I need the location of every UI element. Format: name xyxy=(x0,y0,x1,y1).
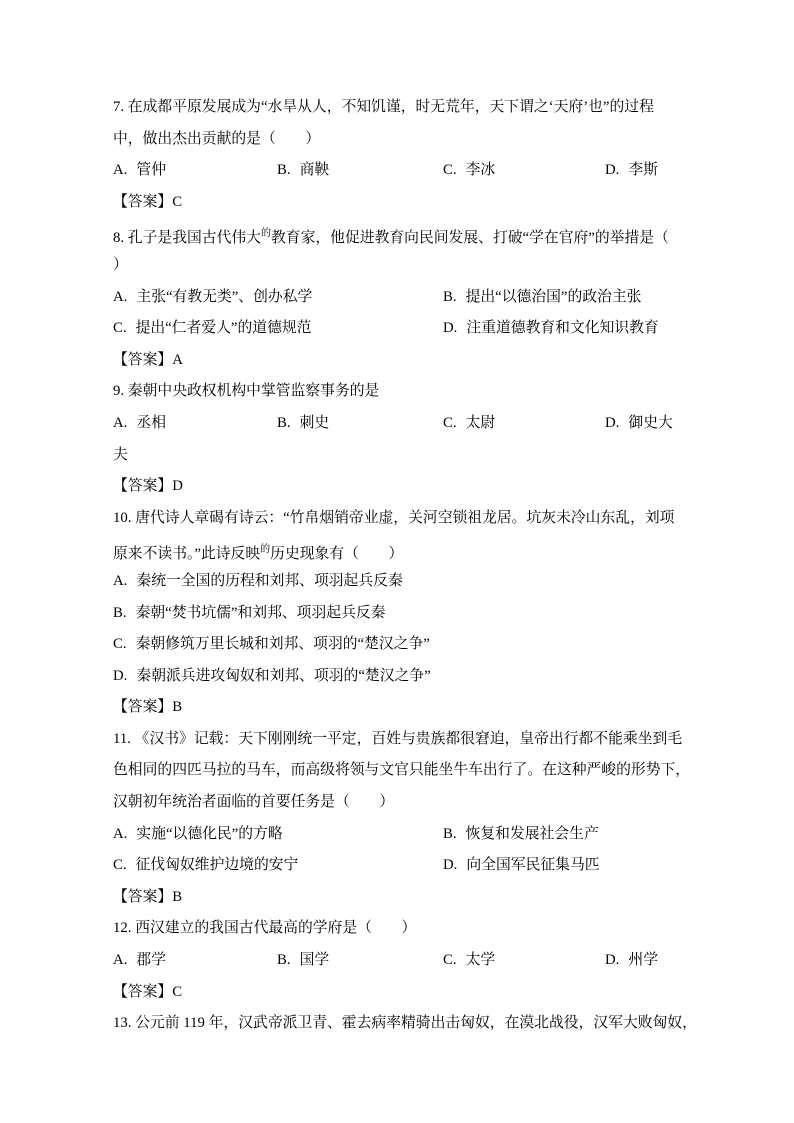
option-text: 实施“以德化民”的方略 xyxy=(136,826,282,842)
option-label: D. xyxy=(605,415,619,431)
option-text: 管仲 xyxy=(136,162,166,178)
document-content: 7. 在成都平原发展成为“水旱从人，不知饥谨，时无荒年，天下谓之‘天府’也”的过… xyxy=(113,92,683,1040)
option-text: 太学 xyxy=(466,952,496,968)
document-page: 7. 在成都平原发展成为“水旱从人，不知饥谨，时无荒年，天下谓之‘天府’也”的过… xyxy=(0,0,794,1123)
option-text: 向全国军民征集马匹 xyxy=(466,857,599,873)
option-label: C. xyxy=(113,636,127,652)
answer-value: C xyxy=(172,984,182,1000)
answer-line: 【答案】B xyxy=(113,882,683,914)
option-text: 恢复和发展社会生产 xyxy=(466,826,599,842)
option-text: 提出“仁者爱人”的道德规范 xyxy=(136,320,312,336)
stem-text: 教育家，他促进教育向民间发展、打破“学在官府”的举措是（ xyxy=(271,230,669,246)
option-text: 秦朝派兵进攻匈奴和刘邦、项羽的“楚汉之争” xyxy=(136,668,430,684)
question-stem-line: 7. 在成都平原发展成为“水旱从人，不知饥谨，时无荒年，天下谓之‘天府’也”的过… xyxy=(113,92,683,124)
option-label: B. xyxy=(443,826,457,842)
answer-label: 【答案】 xyxy=(113,352,172,368)
option-c: C.太尉 xyxy=(443,408,605,440)
answer-value: A xyxy=(172,352,183,368)
answer-label: 【答案】 xyxy=(113,478,172,494)
question-stem-line: 中，做出杰出贡献的是（ ） xyxy=(113,124,683,156)
question-stem-line: 13. 公元前 119 年，汉武帝派卫青、霍去病率精骑出击匈奴，在漠北战役，汉军… xyxy=(113,1008,683,1040)
answer-line: 【答案】D xyxy=(113,471,683,503)
question-7: 7. 在成都平原发展成为“水旱从人，不知饥谨，时无荒年，天下谓之‘天府’也”的过… xyxy=(113,92,683,218)
question-13: 13. 公元前 119 年，汉武帝派卫青、霍去病率精骑出击匈奴，在漠北战役，汉军… xyxy=(113,1008,683,1040)
option-text: 刺史 xyxy=(300,415,330,431)
option-a: A.实施“以德化民”的方略 xyxy=(113,819,443,851)
option-c: C.征伐匈奴维护边境的安宁 xyxy=(113,850,443,882)
option-label: D. xyxy=(443,320,457,336)
option-c: C.李冰 xyxy=(443,155,605,187)
option-b: B.提出“以德治国”的政治主张 xyxy=(443,282,683,314)
question-stem-line: ） xyxy=(113,250,683,282)
options-row: C.提出“仁者爱人”的道德规范 D.注重道德教育和文化知识教育 xyxy=(113,313,683,345)
option-text: 御史大 xyxy=(628,415,672,431)
stem-text: 原来不读书。”此诗反映 xyxy=(113,546,260,562)
option-b: B.刺史 xyxy=(277,408,443,440)
option-text: 太尉 xyxy=(466,415,496,431)
question-9: 9. 秦朝中央政权机构中掌管监察事务的是 A.丞相 B.刺史 C.太尉 D.御史… xyxy=(113,376,683,502)
question-stem-line: 汉朝初年统治者面临的首要任务是（ ） xyxy=(113,787,683,819)
option-text: 提出“以德治国”的政治主张 xyxy=(466,289,642,305)
options-row: A.主张“有教无类”、创办私学 B.提出“以德治国”的政治主张 xyxy=(113,282,683,314)
question-8: 8. 孔子是我国古代伟大的教育家，他促进教育向民间发展、打破“学在官府”的举措是… xyxy=(113,218,683,376)
option-label: C. xyxy=(113,857,127,873)
option-label: C. xyxy=(443,415,457,431)
answer-line: 【答案】C xyxy=(113,187,683,219)
options-row: A.实施“以德化民”的方略 B.恢复和发展社会生产 xyxy=(113,819,683,851)
stem-text: 8. 孔子是我国古代伟大 xyxy=(113,230,261,246)
option-d: D.注重道德教育和文化知识教育 xyxy=(443,313,683,345)
option-c: C.太学 xyxy=(443,945,605,977)
option-label: D. xyxy=(605,952,619,968)
option-label: C. xyxy=(113,320,127,336)
option-label: A. xyxy=(113,162,127,178)
option-label: B. xyxy=(277,162,291,178)
option-b: B.国学 xyxy=(277,945,443,977)
question-stem-line: 9. 秦朝中央政权机构中掌管监察事务的是 xyxy=(113,376,683,408)
answer-label: 【答案】 xyxy=(113,889,172,905)
option-c: C.秦朝修筑万里长城和刘邦、项羽的“楚汉之争” xyxy=(113,629,683,661)
option-b: B.秦朝“焚书坑儒”和刘邦、项羽起兵反秦 xyxy=(113,598,683,630)
option-d: D.州学 xyxy=(605,945,683,977)
options-row: A.管仲 B.商鞅 C.李冰 D.李斯 xyxy=(113,155,683,187)
option-label: B. xyxy=(113,605,127,621)
option-d: D.秦朝派兵进攻匈奴和刘邦、项羽的“楚汉之争” xyxy=(113,661,683,693)
option-label: A. xyxy=(113,952,127,968)
option-text: 李斯 xyxy=(628,162,658,178)
option-text: 国学 xyxy=(300,952,330,968)
option-a: A.郡学 xyxy=(113,945,277,977)
option-text: 秦朝修筑万里长城和刘邦、项羽的“楚汉之争” xyxy=(136,636,430,652)
option-text: 征伐匈奴维护边境的安宁 xyxy=(136,857,299,873)
question-11: 11. 《汉书》记载：天下刚刚统一平定，百姓与贵族都很窘迫，皇帝出行都不能乘坐到… xyxy=(113,724,683,914)
answer-value: B xyxy=(172,699,182,715)
superscript-text: 的 xyxy=(260,544,270,555)
option-d: D.御史大 xyxy=(605,408,683,440)
option-label: D. xyxy=(113,668,127,684)
question-10: 10. 唐代诗人章碣有诗云：“竹帛烟销帝业虚，关河空锁祖龙居。坑灰未冷山东乱，刘… xyxy=(113,503,683,724)
question-stem-line: 色相同的四匹马拉的马车，而高级将领与文官只能坐牛车出行了。在这种严峻的形势下， xyxy=(113,755,683,787)
option-label: D. xyxy=(605,162,619,178)
option-d: D.向全国军民征集马匹 xyxy=(443,850,683,882)
question-12: 12. 西汉建立的我国古代最高的学府是（ ） A.郡学 B.国学 C.太学 D.… xyxy=(113,913,683,1008)
answer-label: 【答案】 xyxy=(113,194,172,210)
option-a: A.主张“有教无类”、创办私学 xyxy=(113,282,443,314)
answer-label: 【答案】 xyxy=(113,699,172,715)
answer-line: 【答案】B xyxy=(113,692,683,724)
question-stem-line: 12. 西汉建立的我国古代最高的学府是（ ） xyxy=(113,913,683,945)
option-text: 主张“有教无类”、创办私学 xyxy=(136,289,312,305)
options-row: A.丞相 B.刺史 C.太尉 D.御史大 xyxy=(113,408,683,440)
option-continuation-line: 夫 xyxy=(113,440,683,472)
answer-value: B xyxy=(172,889,182,905)
answer-value: D xyxy=(172,478,183,494)
option-text: 丞相 xyxy=(136,415,166,431)
answer-line: 【答案】C xyxy=(113,977,683,1009)
option-label: B. xyxy=(277,415,291,431)
option-label: D. xyxy=(443,857,457,873)
option-label: B. xyxy=(443,289,457,305)
stem-text: 历史现象有（ ） xyxy=(270,546,403,562)
answer-value: C xyxy=(172,194,182,210)
option-text: 郡学 xyxy=(136,952,166,968)
option-a: A.秦统一全国的历程和刘邦、项羽起兵反秦 xyxy=(113,566,683,598)
option-label: C. xyxy=(443,162,457,178)
answer-line: 【答案】A xyxy=(113,345,683,377)
option-a: A.管仲 xyxy=(113,155,277,187)
answer-label: 【答案】 xyxy=(113,984,172,1000)
option-text: 秦统一全国的历程和刘邦、项羽起兵反秦 xyxy=(136,573,402,589)
option-text: 李冰 xyxy=(466,162,496,178)
superscript-text: 的 xyxy=(261,228,271,239)
option-label: A. xyxy=(113,415,127,431)
option-label: B. xyxy=(277,952,291,968)
question-stem-line: 原来不读书。”此诗反映的历史现象有（ ） xyxy=(113,534,683,566)
option-b: B.恢复和发展社会生产 xyxy=(443,819,683,851)
option-label: A. xyxy=(113,289,127,305)
question-stem-line: 10. 唐代诗人章碣有诗云：“竹帛烟销帝业虚，关河空锁祖龙居。坑灰未冷山东乱，刘… xyxy=(113,503,683,535)
options-row: C.征伐匈奴维护边境的安宁 D.向全国军民征集马匹 xyxy=(113,850,683,882)
option-text: 注重道德教育和文化知识教育 xyxy=(466,320,658,336)
option-label: A. xyxy=(113,826,127,842)
question-stem-line: 8. 孔子是我国古代伟大的教育家，他促进教育向民间发展、打破“学在官府”的举措是… xyxy=(113,218,683,250)
option-a: A.丞相 xyxy=(113,408,277,440)
option-c: C.提出“仁者爱人”的道德规范 xyxy=(113,313,443,345)
option-label: C. xyxy=(443,952,457,968)
options-row: A.郡学 B.国学 C.太学 D.州学 xyxy=(113,945,683,977)
option-text: 秦朝“焚书坑儒”和刘邦、项羽起兵反秦 xyxy=(136,605,386,621)
option-text: 州学 xyxy=(628,952,658,968)
question-stem-line: 11. 《汉书》记载：天下刚刚统一平定，百姓与贵族都很窘迫，皇帝出行都不能乘坐到… xyxy=(113,724,683,756)
option-label: A. xyxy=(113,573,127,589)
option-text: 商鞅 xyxy=(300,162,330,178)
option-b: B.商鞅 xyxy=(277,155,443,187)
option-d: D.李斯 xyxy=(605,155,683,187)
